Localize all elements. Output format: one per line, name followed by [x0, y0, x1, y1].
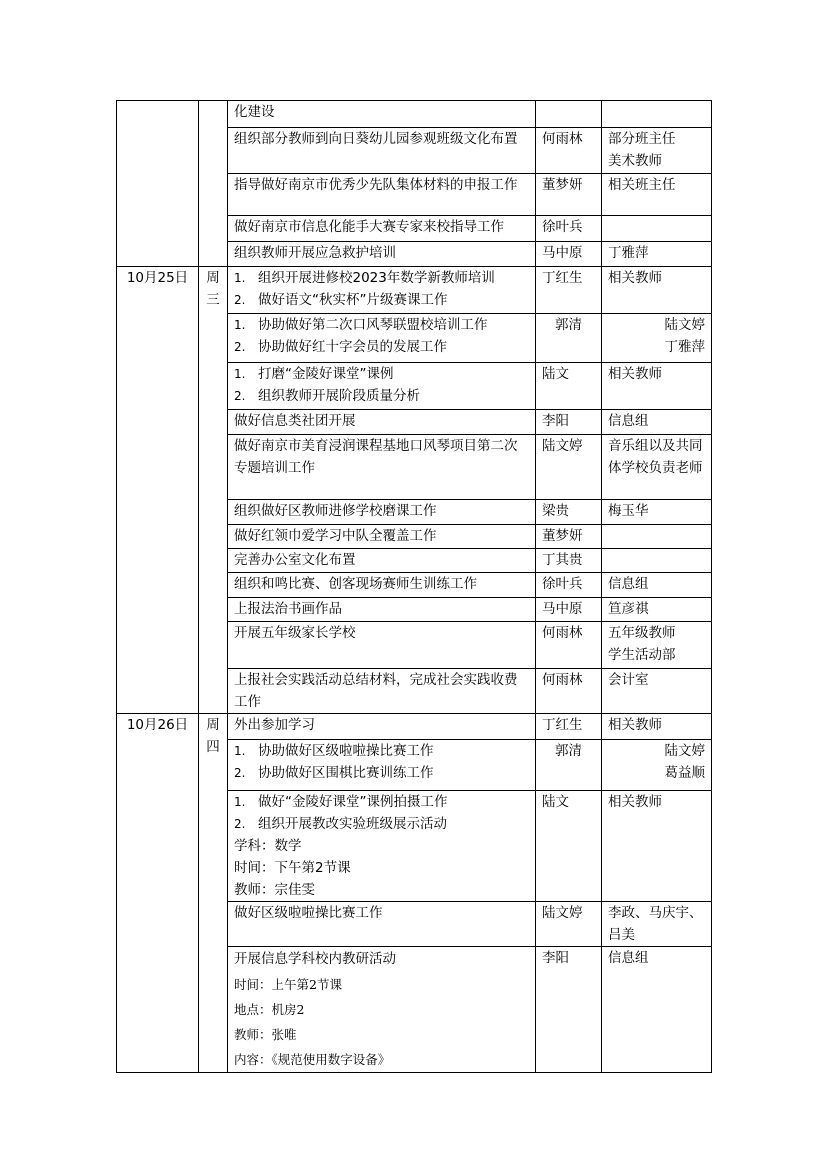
cooperator-cell: 笪彦祺 — [602, 598, 712, 622]
cooperator-cell: 会计室 — [602, 669, 712, 714]
task-cell: 1.做好“金陵好课堂”课例拍摄工作 2.组织开展教改实验班级展示活动 学科：数学… — [228, 791, 536, 902]
table-row: 10月25日 周三 1.组织开展进修校2023年数学新教师培训 2.做好语文“秋… — [117, 267, 712, 314]
owner-cell: 丁其贵 — [536, 549, 602, 573]
task-cell: 1.打磨“金陵好课堂”课例 2.组织教师开展阶段质量分析 — [228, 363, 536, 410]
owner-cell: 郭清 — [536, 314, 602, 363]
task-cell: 1.组织开展进修校2023年数学新教师培训 2.做好语文“秋实杯”片级赛课工作 — [228, 267, 536, 314]
weekday-cell: 周三 — [199, 267, 228, 714]
date-cell: 10月26日 — [117, 714, 199, 1073]
task-cell: 1.协助做好区级啦啦操比赛工作 2.协助做好区围棋比赛训练工作 — [228, 740, 536, 791]
weekday-cell — [199, 101, 228, 267]
cooperator-cell: 相关班主任 — [602, 174, 712, 216]
task-cell: 组织做好区教师进修学校磨课工作 — [228, 500, 536, 525]
owner-cell: 陆文 — [536, 791, 602, 902]
owner-cell: 何雨林 — [536, 669, 602, 714]
owner-cell: 梁贵 — [536, 500, 602, 525]
task-cell: 上报社会实践活动总结材料，完成社会实践收费工作 — [228, 669, 536, 714]
task-cell: 完善办公室文化布置 — [228, 549, 536, 573]
cooperator-cell: 相关教师 — [602, 363, 712, 410]
table-row: 化建设 — [117, 101, 712, 128]
owner-cell: 李阳 — [536, 947, 602, 1073]
weekday-cell: 周四 — [199, 714, 228, 1073]
owner-cell: 陆文 — [536, 363, 602, 410]
cooperator-cell: 信息组 — [602, 947, 712, 1073]
owner-cell: 马中原 — [536, 242, 602, 267]
table-row: 10月26日 周四 外出参加学习 丁红生 相关教师 — [117, 714, 712, 740]
owner-cell: 李阳 — [536, 410, 602, 435]
cooperator-cell: 信息组 — [602, 573, 712, 598]
task-cell: 外出参加学习 — [228, 714, 536, 740]
date-cell: 10月25日 — [117, 267, 199, 714]
date-cell — [117, 101, 199, 267]
owner-cell: 丁红生 — [536, 267, 602, 314]
task-cell: 指导做好南京市优秀少先队集体材料的申报工作 — [228, 174, 536, 216]
cooperator-cell: 陆文婷葛益顺 — [602, 740, 712, 791]
task-cell: 组织和鸣比赛、创客现场赛师生训练工作 — [228, 573, 536, 598]
owner-cell: 陆文婷 — [536, 435, 602, 500]
cooperator-cell: 五年级教师学生活动部 — [602, 622, 712, 669]
cooperator-cell — [602, 549, 712, 573]
owner-cell: 徐叶兵 — [536, 216, 602, 242]
owner-cell — [536, 101, 602, 128]
owner-cell: 陆文婷 — [536, 902, 602, 947]
cooperator-cell — [602, 101, 712, 128]
cooperator-cell: 相关教师 — [602, 791, 712, 902]
task-cell: 做好南京市信息化能手大赛专家来校指导工作 — [228, 216, 536, 242]
task-cell: 化建设 — [228, 101, 536, 128]
owner-cell: 丁红生 — [536, 714, 602, 740]
cooperator-cell: 相关教师 — [602, 714, 712, 740]
owner-cell: 何雨林 — [536, 128, 602, 174]
cooperator-cell — [602, 216, 712, 242]
cooperator-cell: 丁雅萍 — [602, 242, 712, 267]
cooperator-cell: 梅玉华 — [602, 500, 712, 525]
task-cell: 做好信息类社团开展 — [228, 410, 536, 435]
task-cell: 上报法治书画作品 — [228, 598, 536, 622]
task-cell: 组织部分教师到向日葵幼儿园参观班级文化布置 — [228, 128, 536, 174]
cooperator-cell: 陆文婷丁雅萍 — [602, 314, 712, 363]
task-cell: 开展信息学科校内教研活动 时间：上午第2节课 地点：机房2 教师：张唯 内容：《… — [228, 947, 536, 1073]
owner-cell: 何雨林 — [536, 622, 602, 669]
owner-cell: 郭清 — [536, 740, 602, 791]
task-cell: 组织教师开展应急救护培训 — [228, 242, 536, 267]
task-cell: 1.协助做好第二次口风琴联盟校培训工作 2.协助做好红十字会员的发展工作 — [228, 314, 536, 363]
cooperator-cell: 李政、马庆宇、吕美 — [602, 902, 712, 947]
task-cell: 做好区级啦啦操比赛工作 — [228, 902, 536, 947]
task-cell: 开展五年级家长学校 — [228, 622, 536, 669]
cooperator-cell: 音乐组以及共同体学校负责老师 — [602, 435, 712, 500]
owner-cell: 徐叶兵 — [536, 573, 602, 598]
document-page: 化建设 组织部分教师到向日葵幼儿园参观班级文化布置 何雨林 部分班主任美术教师 … — [0, 0, 827, 1170]
cooperator-cell — [602, 525, 712, 549]
task-cell: 做好南京市美育浸润课程基地口风琴项目第二次专题培训工作 — [228, 435, 536, 500]
owner-cell: 董梦妍 — [536, 525, 602, 549]
owner-cell: 马中原 — [536, 598, 602, 622]
cooperator-cell: 相关教师 — [602, 267, 712, 314]
owner-cell: 董梦妍 — [536, 174, 602, 216]
cooperator-cell: 信息组 — [602, 410, 712, 435]
weekly-schedule-table: 化建设 组织部分教师到向日葵幼儿园参观班级文化布置 何雨林 部分班主任美术教师 … — [116, 100, 712, 1073]
cooperator-cell: 部分班主任美术教师 — [602, 128, 712, 174]
task-cell: 做好红领巾爱学习中队全覆盖工作 — [228, 525, 536, 549]
